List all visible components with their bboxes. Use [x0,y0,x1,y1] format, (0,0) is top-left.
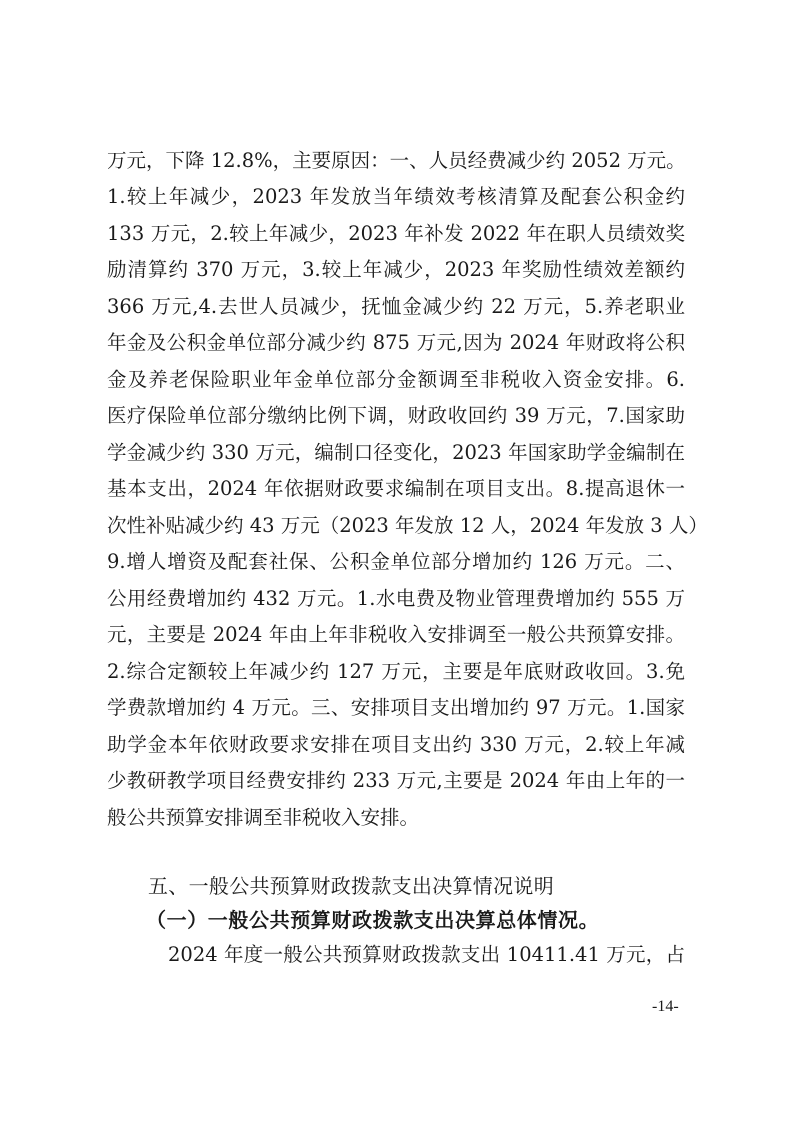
body-line: 励清算约 370 万元，3.较上年减少，2023 年奖励性绩效差额约 [107,259,685,281]
body-line: 医疗保险单位部分缴纳比例下调，财政收回约 39 万元，7.国家助 [107,405,685,427]
body-line: 学费款增加约 4 万元。三、安排项目支出增加约 97 万元。1.国家 [107,697,685,719]
page-number: -14- [652,998,679,1016]
body-line: 般公共预算安排调至非税收入安排。 [107,807,685,829]
subsection-heading: （一）一般公共预算财政拨款支出决算总体情况。 [146,908,599,932]
body-line: 学金减少约 330 万元，编制口径变化，2023 年国家助学金编制在 [107,442,685,464]
body-line: 9.增人增资及配套社保、公积金单位部分增加约 126 万元。二、 [107,551,685,573]
body-line: 次性补贴减少约 43 万元（2023 年发放 12 人，2024 年发放 3 人… [107,515,685,537]
paragraph-first-line: 2024 年度一般公共预算财政拨款支出 10411.41 万元，占 [168,944,685,966]
body-line: 年金及公积金单位部分减少约 875 万元,因为 2024 年财政将公积 [107,332,685,354]
document-page: 万元，下降 12.8%，主要原因：一、人员经费减少约 2052 万元。 1.较上… [0,0,793,1122]
body-line: 366 万元,4.去世人员减少，抚恤金减少约 22 万元，5.养老职业 [107,296,685,318]
section-heading: 五、一般公共预算财政拨款支出决算情况说明 [148,874,554,898]
body-line: 2.综合定额较上年减少约 127 万元，主要是年底财政收回。3.免 [107,661,685,683]
body-line: 金及养老保险职业年金单位部分金额调至非税收入资金安排。6. [107,369,685,391]
body-line: 助学金本年依财政要求安排在项目支出约 330 万元，2.较上年减 [107,734,685,756]
body-line: 1.较上年减少，2023 年发放当年绩效考核清算及配套公积金约 [107,186,685,208]
body-line: 基本支出，2024 年依据财政要求编制在项目支出。8.提高退休一 [107,478,685,500]
body-line: 万元，下降 12.8%，主要原因：一、人员经费减少约 2052 万元。 [107,150,685,172]
body-line: 元，主要是 2024 年由上年非税收入安排调至一般公共预算安排。 [107,624,685,646]
body-line: 公用经费增加约 432 万元。1.水电费及物业管理费增加约 555 万 [107,588,685,610]
body-line: 133 万元，2.较上年减少，2023 年补发 2022 年在职人员绩效奖 [107,223,685,245]
body-line: 少教研教学项目经费安排约 233 万元,主要是 2024 年由上年的一 [107,770,685,792]
